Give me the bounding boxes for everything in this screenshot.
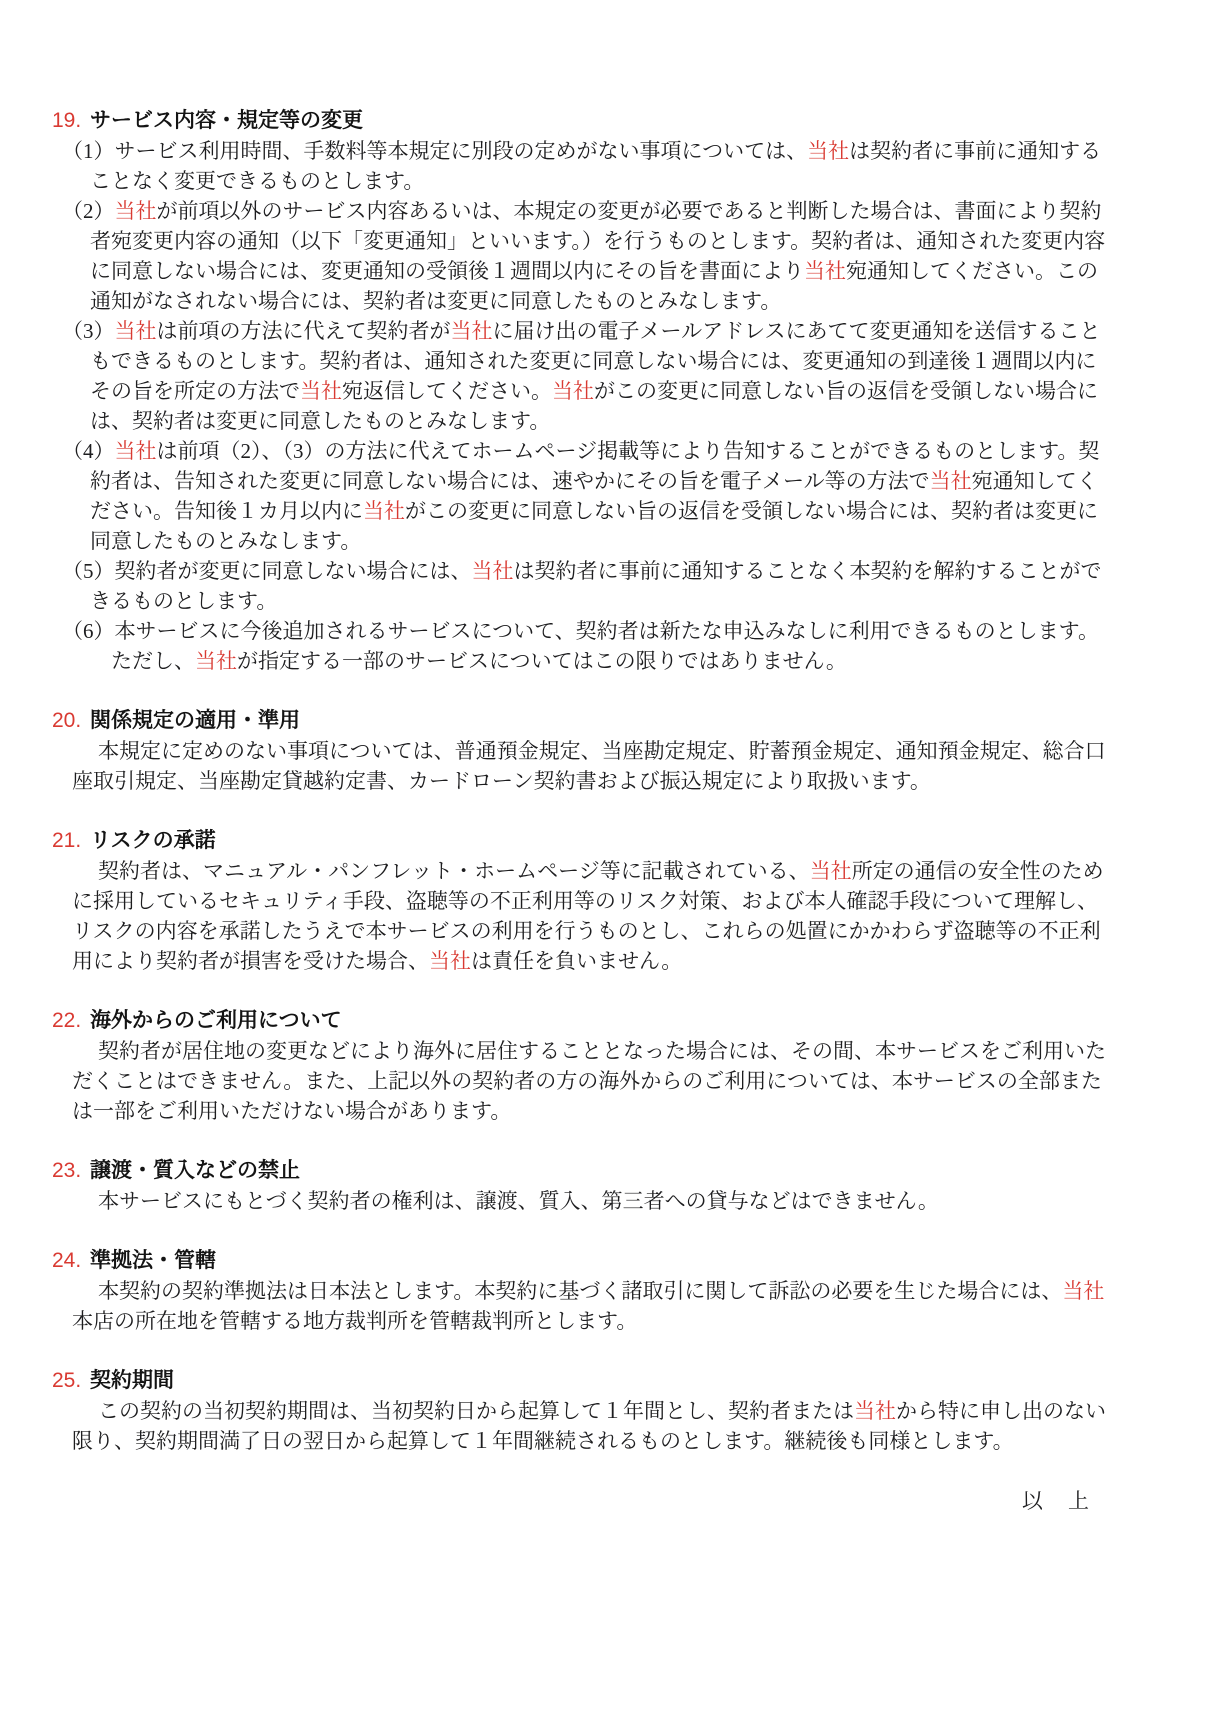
- text-segment: 契約者が変更に同意しない場合には、: [115, 559, 472, 583]
- text-segment: 本規定に定めのない事項については、普通預金規定、当座勘定規定、貯蓄預金規定、通知…: [72, 739, 1106, 793]
- company-term-highlight: 当社: [115, 319, 157, 343]
- contract-section: 19.サービス内容・規定等の変更（1）サービス利用時間、手数料等本規定に別段の定…: [52, 106, 1113, 676]
- clause-text: 本サービスに今後追加されるサービスについて、契約者は新たな申込みなしに利用できる…: [90, 619, 1099, 673]
- clause-text: 本サービスにもとづく契約者の権利は、譲渡、質入、第三者への貸与などはできません。: [98, 1189, 939, 1213]
- clause-text: 本規定に定めのない事項については、普通預金規定、当座勘定規定、貯蓄預金規定、通知…: [72, 739, 1106, 793]
- section-title: サービス内容・規定等の変更: [90, 109, 363, 132]
- text-segment: 契約者が居住地の変更などにより海外に居住することとなった場合には、その間、本サー…: [72, 1039, 1106, 1123]
- clause-label: （4）: [62, 439, 115, 463]
- company-term-highlight: 当社: [451, 319, 493, 343]
- clause-text: サービス利用時間、手数料等本規定に別段の定めがない事項については、当社は契約者に…: [90, 139, 1101, 193]
- section-heading: 19.サービス内容・規定等の変更: [52, 106, 1113, 136]
- clause-item: （3）当社は前項の方法に代えて契約者が当社に届け出の電子メールアドレスにあてて変…: [52, 316, 1113, 436]
- company-term-highlight: 当社: [810, 859, 852, 883]
- text-segment: 宛返信してください。: [342, 379, 552, 403]
- text-segment: この契約の当初契約期間は、当初契約日から起算して１年間とし、契約者または: [98, 1399, 854, 1423]
- section-title: 海外からのご利用について: [90, 1009, 342, 1032]
- company-term-highlight: 当社: [854, 1399, 896, 1423]
- text-segment: 本店の所在地を管轄する地方裁判所を管轄裁判所とします。: [72, 1309, 637, 1333]
- section-title: 関係規定の適用・準用: [90, 709, 300, 732]
- text-segment: は責任を負いません。: [471, 949, 682, 973]
- clause-item: （6）本サービスに今後追加されるサービスについて、契約者は新たな申込みなしに利用…: [52, 616, 1113, 676]
- closing-text: 以 上: [52, 1486, 1113, 1516]
- clause-text: 契約者は、マニュアル・パンフレット・ホームページ等に記載されている、当社所定の通…: [72, 859, 1104, 973]
- body-paragraph: 契約者が居住地の変更などにより海外に居住することとなった場合には、その間、本サー…: [52, 1036, 1113, 1126]
- clause-text: 契約者が変更に同意しない場合には、当社は契約者に事前に通知することなく本契約を解…: [90, 559, 1102, 613]
- clause-text: 本契約の契約準拠法は日本法とします。本契約に基づく諸取引に関して訴訟の必要を生じ…: [72, 1279, 1104, 1333]
- section-heading: 25.契約期間: [52, 1366, 1113, 1396]
- company-term-highlight: 当社: [1062, 1279, 1104, 1303]
- company-term-highlight: 当社: [472, 559, 514, 583]
- company-term-highlight: 当社: [115, 199, 157, 223]
- section-number: 21.: [52, 826, 90, 856]
- company-term-highlight: 当社: [804, 259, 846, 283]
- clause-text: 当社は前項（2）、（3）の方法に代えてホームページ掲載等により告知することができ…: [90, 439, 1099, 553]
- clause-text: この契約の当初契約期間は、当初契約日から起算して１年間とし、契約者または当社から…: [72, 1399, 1106, 1453]
- clause-item: （4）当社は前項（2）、（3）の方法に代えてホームページ掲載等により告知すること…: [52, 436, 1113, 556]
- clause-text: 契約者が居住地の変更などにより海外に居住することとなった場合には、その間、本サー…: [72, 1039, 1106, 1123]
- contract-section: 22.海外からのご利用について契約者が居住地の変更などにより海外に居住することと…: [52, 1006, 1113, 1126]
- body-paragraph: 本サービスにもとづく契約者の権利は、譲渡、質入、第三者への貸与などはできません。: [52, 1186, 1113, 1216]
- section-heading: 24.準拠法・管轄: [52, 1246, 1113, 1276]
- section-number: 23.: [52, 1156, 90, 1186]
- section-number: 24.: [52, 1246, 90, 1276]
- section-number: 25.: [52, 1366, 90, 1396]
- clause-label: （2）: [62, 199, 115, 223]
- clause-label: （5）: [62, 559, 115, 583]
- contract-section: 20.関係規定の適用・準用本規定に定めのない事項については、普通預金規定、当座勘…: [52, 706, 1113, 796]
- text-segment: 契約者は、マニュアル・パンフレット・ホームページ等に記載されている、: [98, 859, 810, 883]
- company-term-highlight: 当社: [195, 649, 237, 673]
- text-segment: 本契約の契約準拠法は日本法とします。本契約に基づく諸取引に関して訴訟の必要を生じ…: [98, 1279, 1062, 1303]
- clause-label: （1）: [62, 139, 115, 163]
- clause-item: （5）契約者が変更に同意しない場合には、当社は契約者に事前に通知することなく本契…: [52, 556, 1113, 616]
- contract-section: 21.リスクの承諾契約者は、マニュアル・パンフレット・ホームページ等に記載されて…: [52, 826, 1113, 976]
- contract-document-page: 19.サービス内容・規定等の変更（1）サービス利用時間、手数料等本規定に別段の定…: [0, 0, 1213, 1715]
- section-number: 20.: [52, 706, 90, 736]
- section-heading: 22.海外からのご利用について: [52, 1006, 1113, 1036]
- clause-text: 当社が前項以外のサービス内容あるいは、本規定の変更が必要であると判断した場合は、…: [90, 199, 1105, 313]
- clause-label: （3）: [62, 319, 115, 343]
- company-term-highlight: 当社: [363, 499, 405, 523]
- contract-section: 23.譲渡・質入などの禁止本サービスにもとづく契約者の権利は、譲渡、質入、第三者…: [52, 1156, 1113, 1216]
- company-term-highlight: 当社: [807, 139, 849, 163]
- clause-text: 当社は前項の方法に代えて契約者が当社に届け出の電子メールアドレスにあてて変更通知…: [90, 319, 1100, 433]
- section-number: 22.: [52, 1006, 90, 1036]
- body-paragraph: この契約の当初契約期間は、当初契約日から起算して１年間とし、契約者または当社から…: [52, 1396, 1113, 1456]
- section-title: 契約期間: [90, 1369, 174, 1392]
- body-paragraph: 本契約の契約準拠法は日本法とします。本契約に基づく諸取引に関して訴訟の必要を生じ…: [52, 1276, 1113, 1336]
- section-title: 準拠法・管轄: [90, 1249, 216, 1272]
- section-heading: 20.関係規定の適用・準用: [52, 706, 1113, 736]
- clause-item: （1）サービス利用時間、手数料等本規定に別段の定めがない事項については、当社は契…: [52, 136, 1113, 196]
- text-segment: が指定する一部のサービスについてはこの限りではありません。: [237, 649, 847, 673]
- company-term-highlight: 当社: [552, 379, 594, 403]
- sections-container: 19.サービス内容・規定等の変更（1）サービス利用時間、手数料等本規定に別段の定…: [52, 106, 1113, 1456]
- section-heading: 21.リスクの承諾: [52, 826, 1113, 856]
- clause-label: （6）: [62, 619, 115, 643]
- body-paragraph: 契約者は、マニュアル・パンフレット・ホームページ等に記載されている、当社所定の通…: [52, 856, 1113, 976]
- clause-item: （2）当社が前項以外のサービス内容あるいは、本規定の変更が必要であると判断した場…: [52, 196, 1113, 316]
- company-term-highlight: 当社: [930, 469, 972, 493]
- company-term-highlight: 当社: [429, 949, 471, 973]
- section-heading: 23.譲渡・質入などの禁止: [52, 1156, 1113, 1186]
- company-term-highlight: 当社: [115, 439, 157, 463]
- text-segment: は前項の方法に代えて契約者が: [157, 319, 451, 343]
- body-paragraph: 本規定に定めのない事項については、普通預金規定、当座勘定規定、貯蓄預金規定、通知…: [52, 736, 1113, 796]
- text-segment: サービス利用時間、手数料等本規定に別段の定めがない事項については、: [115, 139, 808, 163]
- contract-section: 24.準拠法・管轄本契約の契約準拠法は日本法とします。本契約に基づく諸取引に関し…: [52, 1246, 1113, 1336]
- contract-section: 25.契約期間この契約の当初契約期間は、当初契約日から起算して１年間とし、契約者…: [52, 1366, 1113, 1456]
- section-title: リスクの承諾: [90, 829, 216, 852]
- section-title: 譲渡・質入などの禁止: [90, 1159, 300, 1182]
- text-segment: 本サービスにもとづく契約者の権利は、譲渡、質入、第三者への貸与などはできません。: [98, 1189, 939, 1213]
- section-number: 19.: [52, 106, 90, 136]
- company-term-highlight: 当社: [300, 379, 342, 403]
